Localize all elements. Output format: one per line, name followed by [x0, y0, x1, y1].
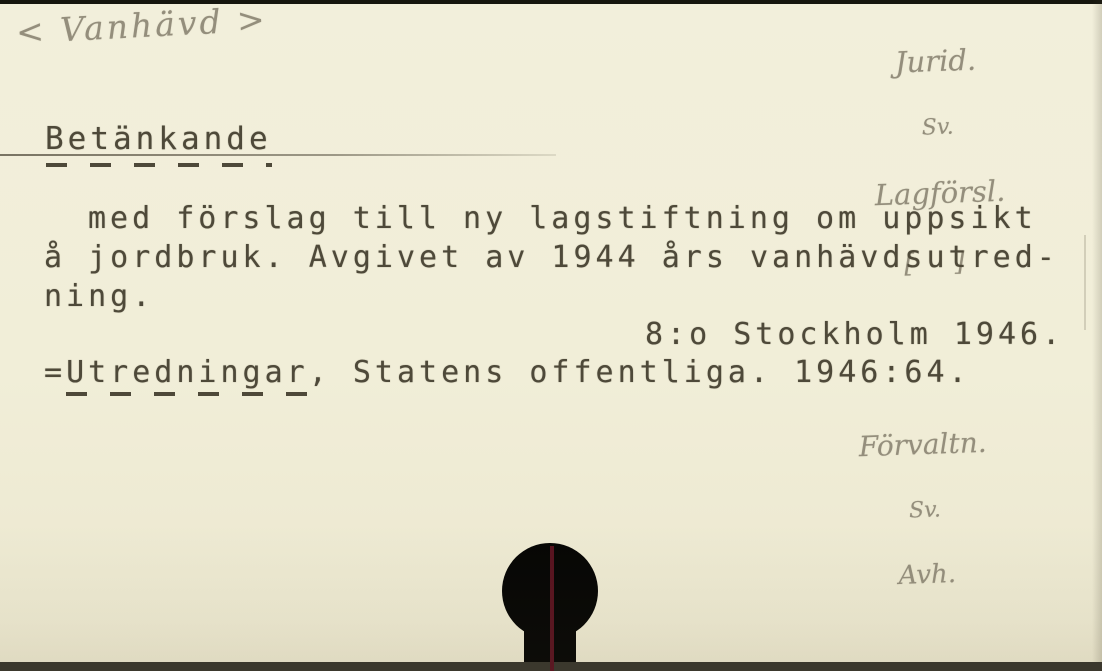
scan-top-edge: [0, 0, 1102, 4]
body-line-1: med förslag till ny lagstiftning om upps…: [88, 204, 1037, 234]
shelving-line-2: Sv.: [840, 496, 1011, 526]
pencil-shelving-block: Förvaltn. Sv. Avh.: [836, 389, 1014, 630]
shelving-line-1: Förvaltn.: [837, 427, 1008, 464]
series-name: Utredningar: [66, 355, 309, 390]
heading-dash-underline: [46, 163, 272, 167]
pencil-subject-annotation: < Vanhävd >: [15, 0, 268, 52]
series-suffix: , Statens offentliga. 1946:64.: [309, 355, 971, 390]
classification-line-2: Sv.: [852, 113, 1023, 143]
card-heading: Betänkande: [45, 124, 272, 155]
body-line-3: ning.: [44, 282, 154, 312]
scan-right-shadow: [1092, 0, 1102, 671]
imprint-line: 8:o Stockholm 1946.: [645, 320, 1064, 350]
card-crease: [1084, 235, 1086, 330]
classification-line-1: Jurid.: [850, 43, 1021, 81]
series-line: =Utredningar, Statens offentliga. 1946:6…: [44, 358, 971, 388]
shelving-line-3: Avh.: [842, 558, 1013, 593]
catalog-card: < Vanhävd > Jurid. Sv. Lagförsl. [ ] Bet…: [0, 0, 1102, 671]
series-dash-underline: [66, 392, 312, 396]
catalog-rod-icon: [550, 546, 554, 671]
heading-rule-line: [0, 154, 556, 156]
body-line-2: å jordbruk. Avgivet av 1944 års vanhävds…: [44, 243, 1059, 273]
series-prefix: =: [44, 355, 66, 390]
